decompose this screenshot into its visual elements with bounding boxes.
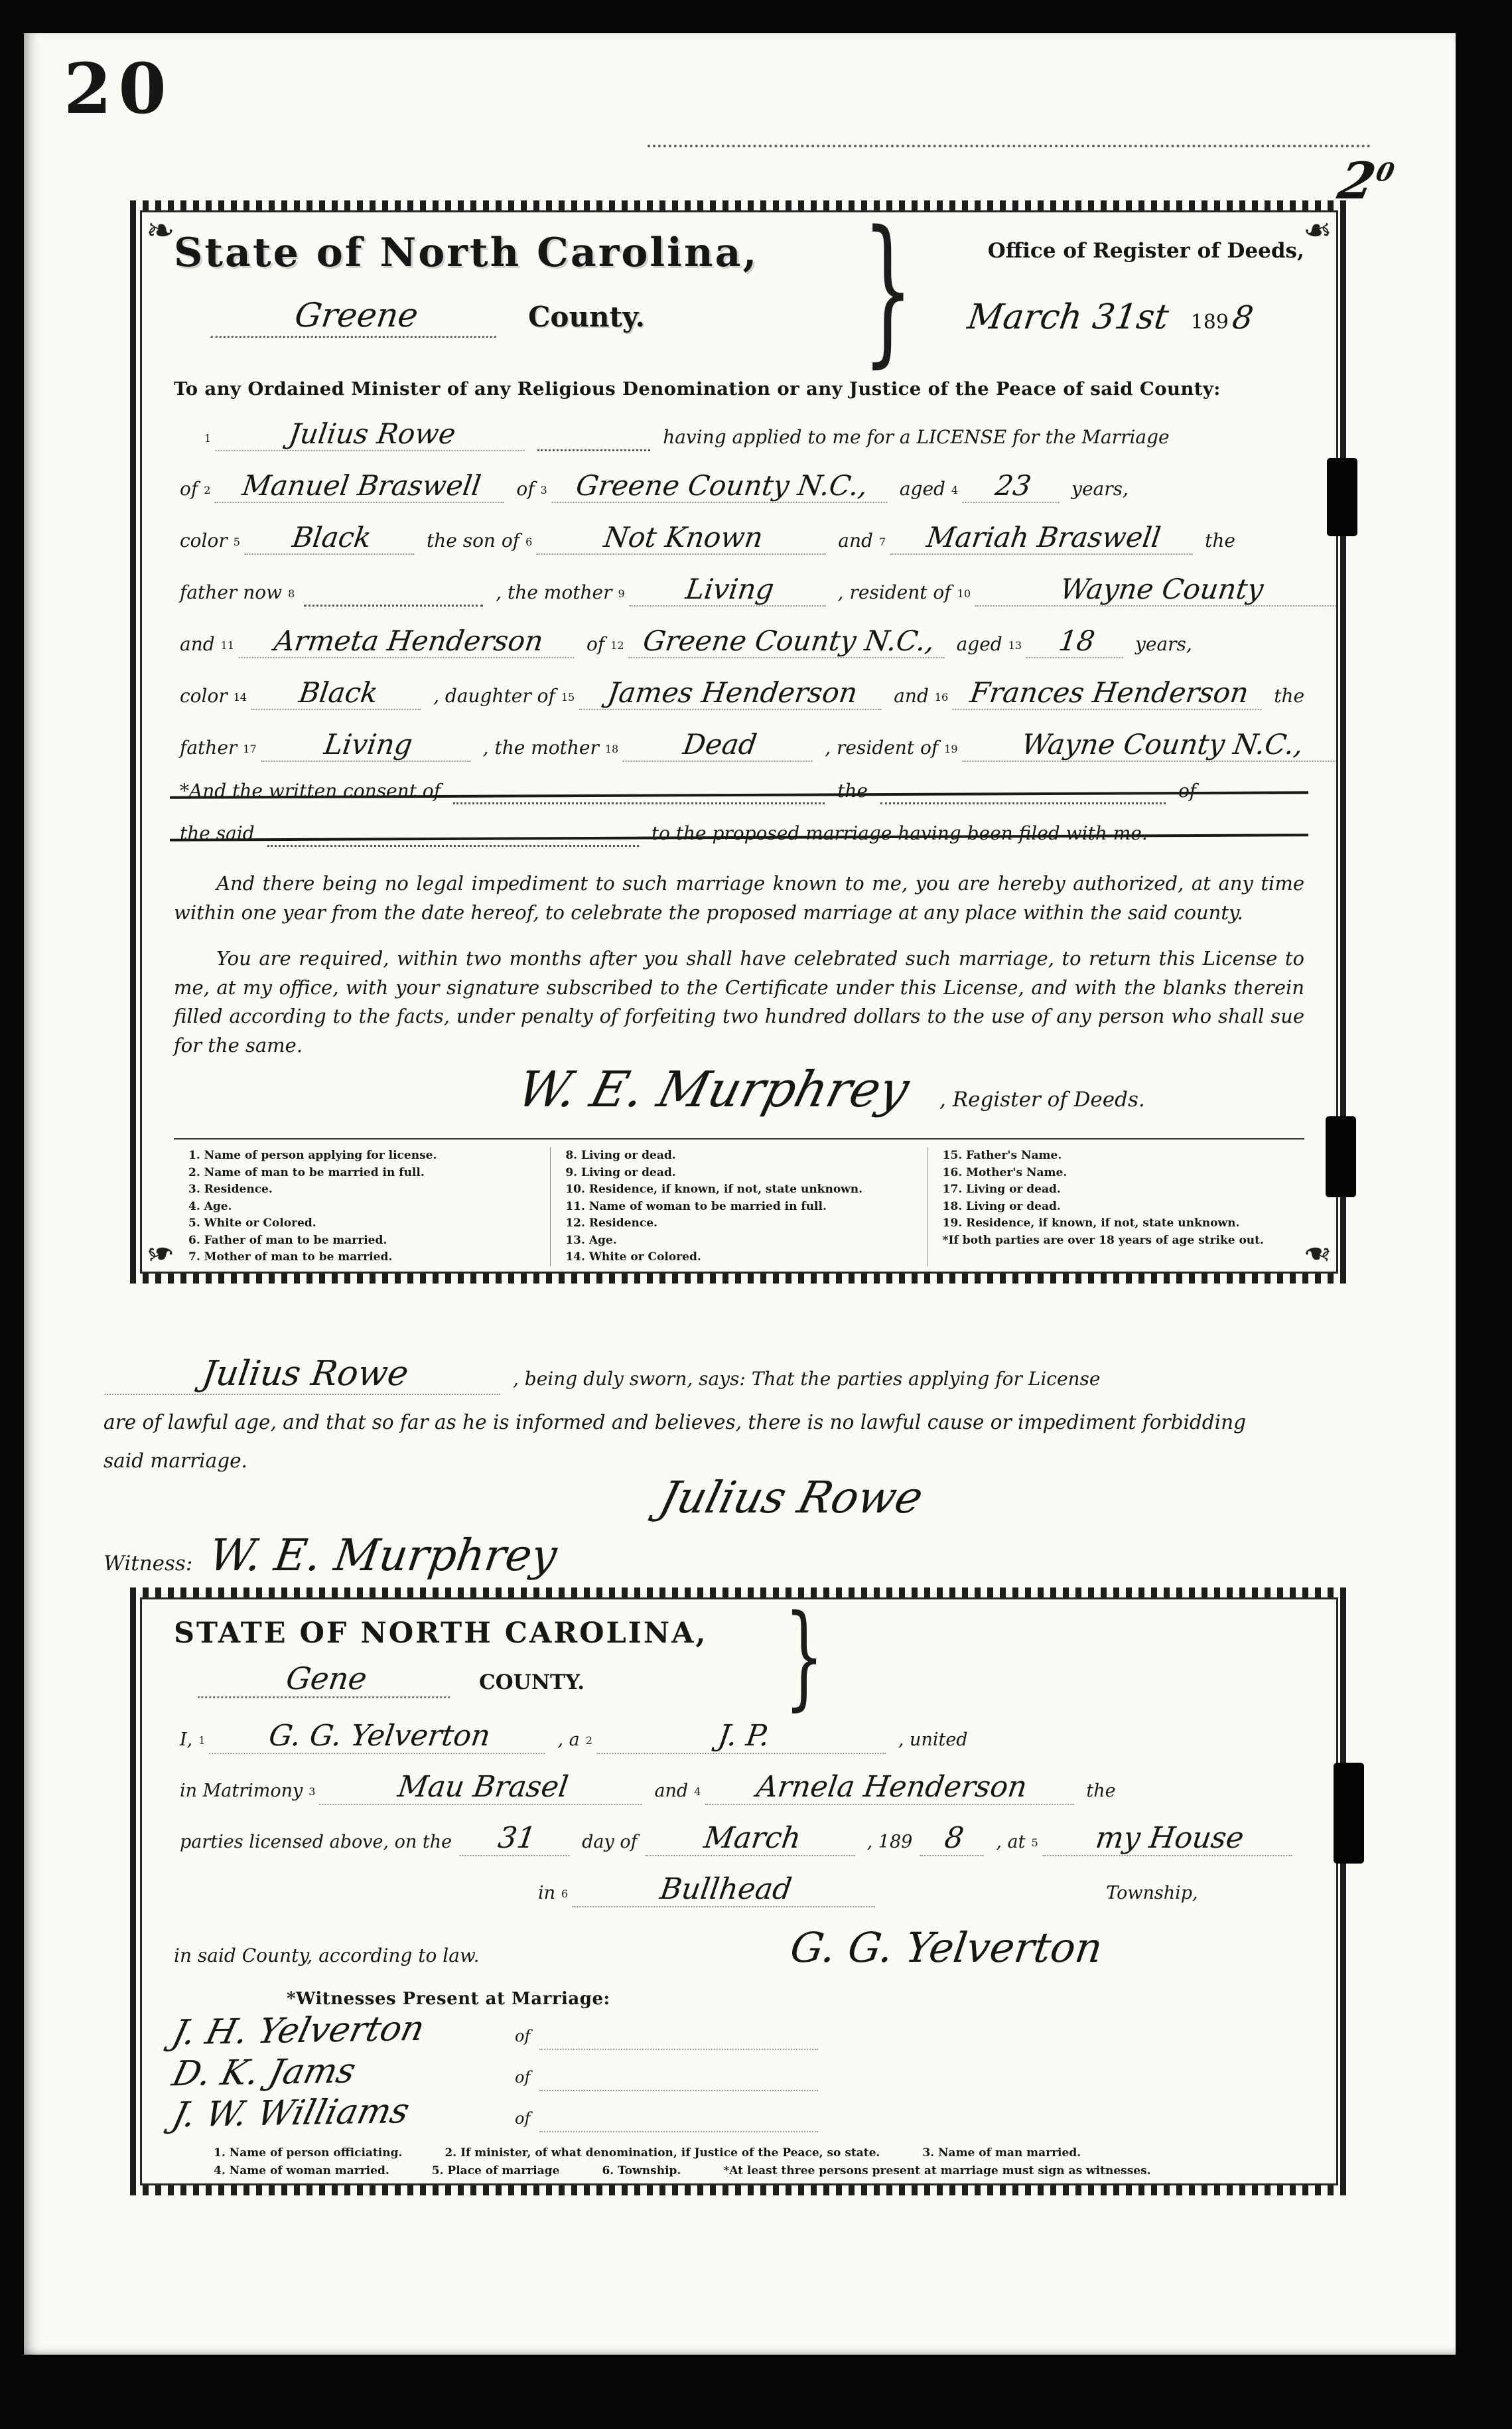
handwritten-entry: J. P. <box>596 1719 890 1754</box>
witnesses-heading: *Witnesses Present at Marriage: <box>287 1989 1304 2009</box>
county-label: County. <box>528 301 645 333</box>
witness-3-signature: J. W. Williams <box>169 2090 511 2136</box>
witness-label: Witness: <box>103 1552 192 1576</box>
printed-text: 14 <box>234 691 247 703</box>
printed-text: of <box>1178 780 1196 802</box>
certificate-state-title: STATE OF NORTH CAROLINA, <box>174 1617 771 1650</box>
printed-text: 2 <box>586 1734 592 1747</box>
printed-text: , resident of <box>838 581 951 603</box>
printed-text: Township, <box>1106 1883 1198 1903</box>
floral-corner-icon: ❧ <box>146 1236 175 1270</box>
footnote-item: 19. Residence, if known, if not, state u… <box>943 1215 1290 1232</box>
footnote-item: 5. White or Colored. <box>188 1215 535 1232</box>
footnote-item: 16. Mother's Name. <box>943 1165 1290 1182</box>
printed-text: aged <box>957 633 1002 655</box>
county-row: Greene County. <box>214 296 857 338</box>
marriage-license-inner: ❧ ❧ ❧ ❧ State of North Carolina, Greene … <box>140 210 1338 1274</box>
witness-row-1: J. H. Yelverton of <box>174 2010 1304 2050</box>
printed-text: the <box>1274 685 1304 707</box>
footnote-item: 13. Age. <box>565 1232 912 1250</box>
printed-text: , daughter of <box>433 685 555 707</box>
strikethrough-consent-line-1: *And the written consent oftheof <box>174 780 1304 804</box>
printed-text: the <box>837 780 868 802</box>
printed-text: father now <box>180 581 282 603</box>
printed-text: , united <box>898 1730 968 1750</box>
certificate-closing: in said County, according to law. <box>174 1945 479 1966</box>
printed-text: 11 <box>221 639 234 652</box>
certificate-line-date-place: parties licensed above, on the31day ofMa… <box>174 1821 1304 1856</box>
footnote-item: 6. Father of man to be married. <box>188 1232 535 1250</box>
handwritten-entry: G. G. Yelverton <box>210 1719 550 1754</box>
return-requirement-paragraph: You are required, within two months afte… <box>174 944 1304 1060</box>
binder-tab <box>1327 458 1357 536</box>
certificate-closing-row: in said County, according to law. G. G. … <box>174 1923 1304 1972</box>
printed-text: 19 <box>944 743 957 755</box>
date-handwritten: March 31st <box>965 297 1170 337</box>
footnotes-column-3: 15. Father's Name.16. Mother's Name.17. … <box>928 1147 1304 1266</box>
salutation: To any Ordained Minister of any Religiou… <box>174 378 1304 400</box>
witness-row-3: J. W. Williams of <box>174 2093 1304 2132</box>
handwritten-entry: Not Known <box>537 521 831 555</box>
handwritten-entry: Bullhead <box>572 1872 879 1907</box>
floral-corner-icon: ❧ <box>1303 214 1332 248</box>
blank-dotted-line <box>453 780 825 804</box>
printed-text: in <box>538 1883 555 1903</box>
handwritten-entry: Arnela Henderson <box>705 1770 1079 1805</box>
marriage-certificate-inner: STATE OF NORTH CAROLINA, Gene COUNTY. } … <box>140 1597 1338 2185</box>
printed-text: of <box>586 633 604 655</box>
witness-of-label: of <box>515 2109 530 2128</box>
printed-text: color <box>180 530 228 552</box>
floral-corner-icon: ❧ <box>146 214 175 248</box>
handwritten-entry: Greene County N.C., <box>628 625 949 658</box>
handwritten-entry: 8 <box>920 1821 989 1856</box>
printed-text: and <box>180 633 215 655</box>
scanned-record: { "page": { "number": "20", "corner_note… <box>0 0 1512 2429</box>
affidavit-line-3: said marriage. <box>103 1449 1391 1472</box>
date-printed-prefix: 189 <box>1191 311 1229 334</box>
blank-dotted-line <box>304 582 483 607</box>
brace-glyph: } <box>784 1610 823 1703</box>
printed-text: 9 <box>618 587 624 600</box>
printed-text: aged <box>900 478 945 500</box>
printed-text: 6 <box>525 536 532 548</box>
handwritten-entry: Living <box>261 728 475 762</box>
handwritten-entry: 18 <box>1026 625 1128 658</box>
license-header-left: State of North Carolina, Greene County. <box>174 230 857 338</box>
printed-text: the <box>1205 530 1235 552</box>
printed-text: 12 <box>610 639 624 652</box>
printed-text: day of <box>582 1832 637 1852</box>
footnote-item: 18. Living or dead. <box>943 1199 1290 1216</box>
printed-text: 7 <box>879 536 886 548</box>
printed-text <box>174 443 204 443</box>
license-date: March 31st 189 8 <box>968 297 1304 337</box>
handwritten-entry: my House <box>1042 1821 1296 1856</box>
footnote-item: 2. Name of man to be married in full. <box>188 1165 535 1182</box>
county-name-handwritten: Greene <box>211 296 502 338</box>
footnote-item: 8. Living or dead. <box>565 1147 912 1165</box>
form-line-applicant: 1Julius Rowehaving applied to me for a L… <box>174 417 1304 451</box>
printed-text: 8 <box>288 587 295 600</box>
footnote-item: 12. Residence. <box>565 1215 912 1232</box>
printed-text <box>881 1898 1100 1899</box>
binder-tab <box>1334 1763 1364 1864</box>
footnote-item: 9. Living or dead. <box>565 1165 912 1182</box>
handwritten-entry: Manuel Braswell <box>215 469 509 503</box>
printed-text: , the mother <box>496 581 612 603</box>
footnote-item: 11. Name of woman to be married in full. <box>565 1199 912 1216</box>
register-signature-row: W. E. Murphrey , Register of Deeds. <box>519 1061 1304 1118</box>
marriage-license-box: ❧ ❧ ❧ ❧ State of North Carolina, Greene … <box>130 200 1348 1284</box>
printed-text: , a <box>557 1730 579 1750</box>
handwritten-entry: Mau Brasel <box>320 1770 647 1805</box>
footnote-item: 2. If minister, of what denomination, if… <box>445 2144 880 2162</box>
printed-text: 3 <box>309 1785 315 1798</box>
printed-text: the son of <box>427 530 519 552</box>
printed-text: 1 <box>204 432 211 445</box>
printed-text <box>174 1898 532 1899</box>
printed-text: in Matrimony <box>180 1781 303 1801</box>
certificate-line-township: in6BullheadTownship, <box>174 1872 1304 1907</box>
footnote-item: 4. Name of woman married. <box>214 2162 389 2180</box>
footnote-item: 1. Name of person officiating. <box>214 2144 402 2162</box>
certificate-county-handwritten: Gene <box>198 1660 455 1698</box>
document-page: 20 20 ❧ ❧ ❧ ❧ State of North Carolina, G… <box>24 33 1456 2355</box>
witness-residence-blank <box>539 2111 818 2132</box>
printed-text: and <box>654 1781 688 1801</box>
handwritten-entry: March <box>645 1821 859 1856</box>
footnote-item: 3. Name of man married. <box>922 2144 1081 2162</box>
certificate-footnotes-line-1: 1. Name of person officiating.2. If mini… <box>214 2144 1304 2162</box>
license-header-right: Office of Register of Deeds, March 31st … <box>941 230 1304 337</box>
footnotes-column-2: 8. Living or dead.9. Living or dead.10. … <box>550 1147 927 1266</box>
printed-text: color <box>180 685 228 707</box>
printed-text: , the mother <box>483 737 599 759</box>
witness-of-label: of <box>515 2068 530 2087</box>
printed-text: 6 <box>561 1887 568 1900</box>
form-line-bride-residence: father17Living, the mother18Dead, reside… <box>174 728 1304 762</box>
certificate-footnotes: 1. Name of person officiating.2. If mini… <box>174 2144 1304 2180</box>
printed-text: 10 <box>957 587 971 600</box>
handwritten-entry: Black <box>251 676 426 710</box>
affidavit-line-1: Julius Rowe, being duly sworn, says: Tha… <box>103 1354 1391 1395</box>
printed-text: parties licensed above, on the <box>180 1832 452 1852</box>
footnotes-column-1: 1. Name of person applying for license.2… <box>174 1147 550 1266</box>
printed-text: 16 <box>935 691 948 703</box>
handwritten-entry: Julius Rowe <box>216 417 529 451</box>
printed-text: having applied to me for a LICENSE for t… <box>663 426 1169 448</box>
authorization-paragraph: And there being no legal impediment to s… <box>174 869 1304 927</box>
brace-glyph: } <box>862 223 913 356</box>
handwritten-entry: 23 <box>963 469 1064 503</box>
footnote-item: 14. White or Colored. <box>565 1249 912 1266</box>
printed-text: I, <box>180 1730 192 1750</box>
printed-text: of <box>516 478 534 500</box>
printed-text: to the proposed marriage having been fil… <box>652 822 1148 844</box>
officiant-signature: G. G. Yelverton <box>788 1923 1105 1972</box>
printed-text: years, <box>1135 633 1192 655</box>
handwritten-entry: 31 <box>459 1821 574 1856</box>
certificate-county-label: COUNTY. <box>479 1670 584 1694</box>
blank-dotted-line <box>267 822 639 847</box>
printed-text: 1 <box>198 1734 205 1747</box>
marriage-certificate-box: STATE OF NORTH CAROLINA, Gene COUNTY. } … <box>130 1587 1348 2195</box>
footnote-item: 17. Living or dead. <box>943 1181 1290 1199</box>
certificate-header-left: STATE OF NORTH CAROLINA, Gene COUNTY. <box>174 1617 771 1698</box>
printed-text: , resident of <box>825 737 938 759</box>
witness-residence-blank <box>539 2070 818 2091</box>
certificate-header: STATE OF NORTH CAROLINA, Gene COUNTY. } <box>174 1617 1304 1703</box>
handwritten-entry: Wayne County N.C., <box>962 728 1338 762</box>
form-line-bride: and11Armeta Hendersonof12Greene County N… <box>174 625 1304 658</box>
witness-row-2: D. K. Jams of <box>174 2051 1304 2091</box>
footnote-item: 5. Place of marriage <box>432 2162 560 2180</box>
license-footnotes: 1. Name of person applying for license.2… <box>174 1138 1304 1266</box>
printed-text: 5 <box>1031 1836 1038 1849</box>
printed-text: and <box>894 685 929 707</box>
printed-text: 3 <box>541 484 547 496</box>
handwritten-entry: Living <box>629 573 830 607</box>
printed-text: , being duly sworn, says: That the parti… <box>513 1368 1101 1390</box>
form-line-groom: of2Manuel Braswellof3Greene County N.C.,… <box>174 469 1304 503</box>
printed-text: 5 <box>234 536 240 548</box>
affidavit-witness-row: Witness: W. E. Murphrey <box>103 1530 1391 1581</box>
state-title: State of North Carolina, <box>174 230 857 276</box>
register-of-deeds-label: , Register of Deeds. <box>939 1088 1145 1112</box>
dotted-rule <box>648 145 1371 147</box>
handwritten-entry: Armeta Henderson <box>238 625 579 658</box>
footnote-item: *At least three persons present at marri… <box>723 2162 1150 2180</box>
form-line-groom-parents: color5Blackthe son of6Not Knownand7Maria… <box>174 521 1304 555</box>
handwritten-entry: James Henderson <box>579 676 886 710</box>
handwritten-entry: Dead <box>623 728 817 762</box>
register-signature: W. E. Murphrey <box>512 1061 914 1118</box>
footnote-item: 10. Residence, if known, if not, state u… <box>565 1181 912 1199</box>
blank-dotted-line <box>537 427 650 451</box>
printed-text: 4 <box>951 484 958 496</box>
form-line-groom-residence: father now8, the mother9Living, resident… <box>174 573 1304 607</box>
office-of-register-label: Office of Register of Deeds, <box>988 239 1304 263</box>
witness-signature: W. E. Murphrey <box>206 1530 561 1581</box>
witness-residence-blank <box>539 2029 818 2050</box>
printed-text: father <box>180 737 237 759</box>
witness-2-signature: D. K. Jams <box>169 2049 511 2095</box>
blank-dotted-line <box>880 780 1166 804</box>
printed-text: years, <box>1071 478 1129 500</box>
handwritten-entry: Black <box>244 521 419 555</box>
printed-text: 17 <box>243 743 256 755</box>
footnote-item: 1. Name of person applying for license. <box>188 1147 535 1165</box>
binder-tab <box>1326 1116 1356 1197</box>
strikethrough-consent-line-2: the saidto the proposed marriage having … <box>174 822 1304 847</box>
printed-text: 13 <box>1008 639 1022 652</box>
printed-text: 2 <box>204 484 210 496</box>
witness-1-signature: J. H. Yelverton <box>169 2008 511 2053</box>
floral-corner-icon: ❧ <box>1303 1236 1332 1270</box>
printed-text: 15 <box>561 691 575 703</box>
printed-text: *And the written consent of <box>180 780 441 802</box>
handwritten-entry: Julius Rowe <box>105 1354 506 1395</box>
footnote-item: 7. Mother of man to be married. <box>188 1249 535 1266</box>
handwritten-entry: Greene County N.C., <box>551 469 892 503</box>
date-year-digit-handwritten: 8 <box>1230 299 1255 336</box>
printed-text: , 189 <box>867 1832 913 1852</box>
footnote-item: *If both parties are over 18 years of ag… <box>943 1232 1290 1250</box>
certificate-county-row: Gene COUNTY. <box>200 1660 771 1698</box>
footnote-item: 4. Age. <box>188 1199 535 1216</box>
footnote-item: 3. Residence. <box>188 1181 535 1199</box>
footnote-item: 15. Father's Name. <box>943 1147 1290 1165</box>
handwritten-entry: Mariah Braswell <box>890 521 1198 555</box>
printed-text: 4 <box>694 1785 701 1798</box>
footnote-item: 6. Township. <box>602 2162 681 2180</box>
printed-text: 18 <box>605 743 618 755</box>
form-line-bride-parents: color14Black, daughter of15James Henders… <box>174 676 1304 710</box>
affidavit-line-2: are of lawful age, and that so far as he… <box>103 1411 1391 1434</box>
certificate-line-couple: in Matrimony3Mau Braseland4Arnela Hender… <box>174 1770 1304 1805</box>
affidavit-section: Julius Rowe, being duly sworn, says: Tha… <box>103 1339 1391 1581</box>
applicant-signature: Julius Rowe <box>654 1472 928 1523</box>
witness-of-label: of <box>515 2027 530 2045</box>
handwritten-entry: Wayne County <box>975 573 1338 607</box>
certificate-line-officiant: I,1G. G. Yelverton, a2J. P., united <box>174 1719 1304 1754</box>
certificate-footnotes-line-2: 4. Name of woman married.5. Place of mar… <box>214 2162 1304 2180</box>
license-header: State of North Carolina, Greene County. … <box>174 230 1304 356</box>
printed-text: of <box>180 478 198 500</box>
handwritten-entry: Frances Henderson <box>953 676 1267 710</box>
printed-text: the said <box>180 822 255 844</box>
printed-text: , at <box>996 1832 1025 1852</box>
page-number: 20 <box>64 48 173 129</box>
printed-text: the <box>1086 1781 1115 1801</box>
printed-text: and <box>838 530 873 552</box>
